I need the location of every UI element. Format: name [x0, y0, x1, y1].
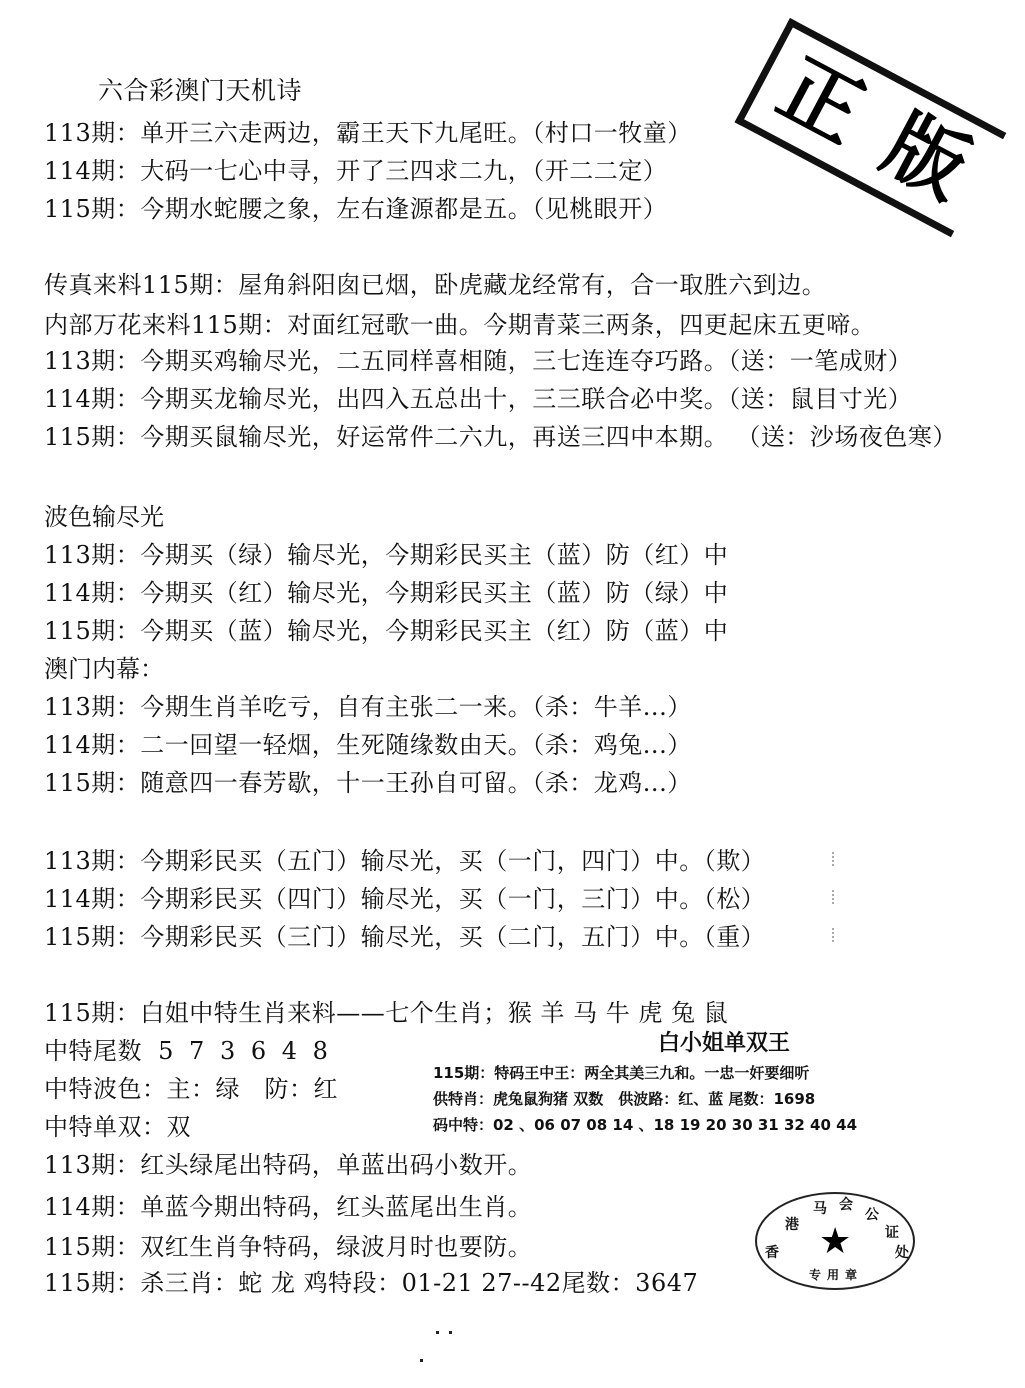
baijie-oddeven-line: 中特单双：双	[44, 1112, 191, 1142]
baixiaojie-line-1: 115期：特码王中王：两全其美三九和。一忠一奸要细听	[433, 1062, 809, 1084]
doors-line-114: 114期：今期彩民买（四门）输尽光，买（一门，三门）中。（松）	[44, 884, 765, 914]
section-title-tianji: 六合彩澳门天机诗	[98, 76, 302, 106]
doors-line-115: 115期：今期彩民买（三门）输尽光，买（二门，五门）中。（重）	[44, 922, 765, 952]
section-title-wave: 波色输尽光	[44, 502, 164, 532]
baijie-headline: 115期：白姐中特生肖来料——七个生肖；猴 羊 马 牛 虎 兔 鼠	[44, 998, 728, 1028]
edge-mark	[832, 928, 836, 942]
star-icon: ★	[819, 1224, 851, 1260]
tianji-line-113: 113期：单开三六走两边，霸王天下九尾旺。（村口一牧童）	[44, 118, 692, 148]
speck	[420, 1359, 423, 1362]
seal-char: 用	[827, 1268, 839, 1282]
wave-line-113: 113期：今期买（绿）输尽光，今期彩民买主（蓝）防（红）中	[44, 540, 728, 570]
fax-line-114: 114期：今期买龙输尽光，出四入五总出十，三三联合必中奖。（送：鼠目寸光）	[44, 384, 912, 414]
bottom-line-115: 115期：双红生肖争特码，绿波月时也要防。	[44, 1232, 532, 1262]
baixiaojie-title: 白小姐单双王	[658, 1030, 790, 1058]
baixiaojie-line-3: 码中特：02 、06 07 08 14 、18 19 20 30 31 32 4…	[433, 1114, 857, 1136]
authentic-edition-stamp: 正 版	[735, 18, 1007, 237]
seal-char: 会	[839, 1198, 853, 1212]
stamp-char-zheng: 正	[767, 47, 875, 155]
official-seal: 香 港 马 会 公 证 处 ★ 专 用 章	[755, 1192, 915, 1290]
seal-char: 处	[895, 1246, 909, 1260]
edge-mark	[832, 890, 836, 904]
bottom-line-113: 113期：红头绿尾出特码，单蓝出码小数开。	[44, 1150, 532, 1180]
tianji-line-115: 115期：今期水蛇腰之象，左右逢源都是五。（见桃眼开）	[44, 194, 667, 224]
section-title-inside: 澳门内幕：	[44, 654, 164, 684]
fax-line-115: 115期：今期买鼠输尽光，好运常件二六九，再送三四中本期。 （送：沙场夜色寒）	[44, 422, 957, 452]
baijie-tail-row: 中特尾数 5 7 3 6 4 8	[44, 1036, 332, 1066]
inside-line-113: 113期：今期生肖羊吃亏，自有主张二一来。（杀：牛羊...）	[44, 692, 692, 722]
wave-line-114: 114期：今期买（红）输尽光，今期彩民买主（蓝）防（绿）中	[44, 578, 728, 608]
bottom-line-114: 114期：单蓝今期出特码，红头蓝尾出生肖。	[44, 1192, 532, 1222]
seal-char: 马	[813, 1202, 827, 1216]
baijie-wave-line: 中特波色：主：绿 防：红	[44, 1074, 338, 1104]
speck	[436, 1331, 439, 1334]
stamp-char-ban: 版	[872, 103, 980, 211]
seal-char: 港	[785, 1218, 799, 1232]
baixiaojie-line-2: 供特肖：虎兔鼠狗猪 双数 供波路：红、蓝 尾数：1698	[433, 1088, 815, 1110]
seal-char: 章	[845, 1268, 857, 1282]
tianji-line-114: 114期：大码一七心中寻，开了三四求二九，（开二二定）	[44, 156, 667, 186]
inside-line-115: 115期：随意四一春芳歇，十一王孙自可留。（杀：龙鸡...）	[44, 768, 692, 798]
baijie-tail-values: 5 7 3 6 4 8	[158, 1037, 332, 1065]
baijie-tail-label: 中特尾数	[44, 1037, 142, 1065]
edge-mark	[832, 852, 836, 866]
wave-line-115: 115期：今期买（蓝）输尽光，今期彩民买主（红）防（蓝）中	[44, 616, 728, 646]
seal-char: 公	[865, 1208, 879, 1222]
seal-char: 证	[885, 1226, 899, 1240]
fax-line-2: 内部万花来料115期：对面红冠歌一曲。今期青菜三两条，四更起床五更啼。	[44, 310, 875, 340]
speck	[449, 1331, 452, 1334]
bottom-line-kill: 115期：杀三肖：蛇 龙 鸡特段：01-21 27--42尾数：3647	[44, 1268, 698, 1298]
fax-line-1: 传真来料115期：屋角斜阳囱已烟，卧虎藏龙经常有，合一取胜六到边。	[44, 270, 826, 300]
seal-char: 香	[765, 1246, 779, 1260]
inside-line-114: 114期：二一回望一轻烟，生死随缘数由天。（杀：鸡兔...）	[44, 730, 692, 760]
seal-char: 专	[809, 1268, 821, 1282]
fax-line-113: 113期：今期买鸡输尽光，二五同样喜相随，三七连连夺巧路。（送：一笔成财）	[44, 346, 912, 376]
doors-line-113: 113期：今期彩民买（五门）输尽光，买（一门，四门）中。（欺）	[44, 846, 765, 876]
